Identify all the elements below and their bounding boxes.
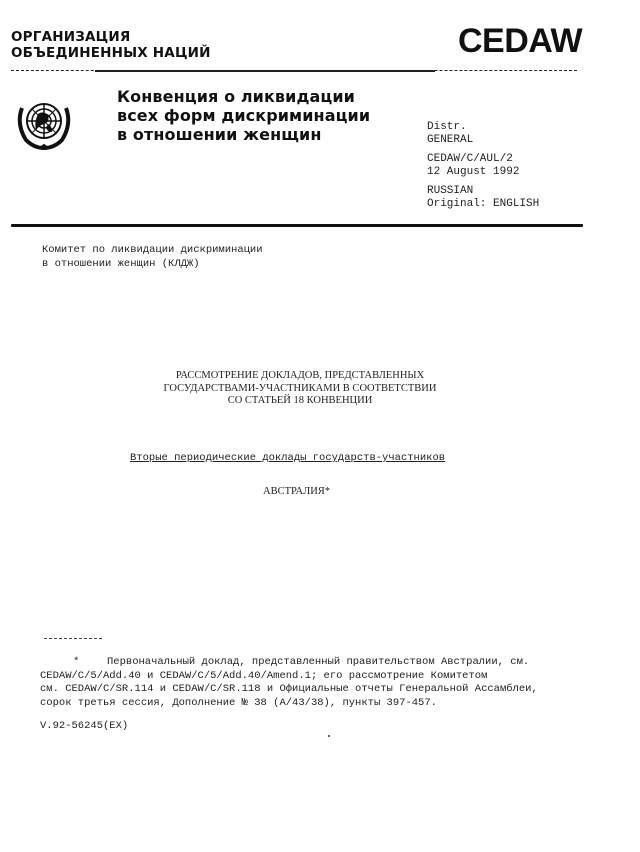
consideration-line: РАССМОТРЕНИЕ ДОКЛАДОВ, ПРЕДСТАВЛЕННЫХ <box>150 370 450 383</box>
un-emblem-icon <box>14 94 74 152</box>
committee-name: Комитет по ликвидации дискриминации в от… <box>42 244 263 271</box>
organization-line: ОРГАНИЗАЦИЯ <box>11 29 211 45</box>
footnote-line: см. CEDAW/C/SR.114 и CEDAW/C/SR.118 и Оф… <box>40 683 538 697</box>
document-number: V.92-56245(EX) <box>40 720 128 732</box>
footnote-line: CEDAW/C/5/Add.40 и CEDAW/C/5/Add.40/Amen… <box>40 670 538 684</box>
footnote-line: сорок третья сессия, Дополнение № 38 (A/… <box>40 697 538 711</box>
organization-line: ОБЪЕДИНЕННЫХ НАЦИЙ <box>11 45 211 61</box>
organization-name: ОРГАНИЗАЦИЯ ОБЪЕДИНЕННЫХ НАЦИЙ <box>11 29 211 61</box>
country-heading: АВСТРАЛИЯ* <box>263 486 330 497</box>
convention-title-line: в отношении женщин <box>117 125 370 144</box>
convention-title-line: Конвенция о ликвидации <box>117 87 370 106</box>
reports-subtitle: Вторые периодические доклады государств-… <box>130 452 445 464</box>
document-language: RUSSIAN <box>427 185 539 198</box>
footnote-marker: * <box>73 656 107 670</box>
committee-line: Комитет по ликвидации дискриминации <box>42 244 263 258</box>
section-divider <box>11 224 583 227</box>
document-metadata: Distr. GENERAL CEDAW/C/AUL/2 12 August 1… <box>427 121 539 217</box>
language-block: RUSSIAN Original: ENGLISH <box>427 185 539 210</box>
footnote: *Первоначальный доклад, представленный п… <box>40 656 538 710</box>
convention-title: Конвенция о ликвидации всех форм дискрим… <box>117 87 370 144</box>
header-divider-solid <box>95 70 435 72</box>
footnote-divider <box>44 638 102 639</box>
document-symbol: CEDAW/C/AUL/2 <box>427 153 539 166</box>
distr-label: Distr. <box>427 121 539 134</box>
consideration-heading: РАССМОТРЕНИЕ ДОКЛАДОВ, ПРЕДСТАВЛЕННЫХ ГО… <box>150 370 450 408</box>
footnote-line: Первоначальный доклад, представленный пр… <box>107 656 529 668</box>
distr-value: GENERAL <box>427 134 539 147</box>
symbol-block: CEDAW/C/AUL/2 12 August 1992 <box>427 153 539 178</box>
document-date: 12 August 1992 <box>427 166 539 179</box>
original-language: Original: ENGLISH <box>427 198 539 211</box>
footnote-first-line: *Первоначальный доклад, представленный п… <box>40 656 538 670</box>
committee-line: в отношении женщин (КЛДЖ) <box>42 258 263 272</box>
consideration-line: ГОСУДАРСТВАМИ-УЧАСТНИКАМИ В СООТВЕТСТВИИ <box>150 383 450 396</box>
convention-title-line: всех форм дискриминации <box>117 106 370 125</box>
consideration-line: СО СТАТЬЕЙ 18 КОНВЕНЦИИ <box>150 395 450 408</box>
cedaw-logo: CEDAW <box>458 22 582 60</box>
distribution-block: Distr. GENERAL <box>427 121 539 146</box>
scan-speck <box>328 735 330 737</box>
